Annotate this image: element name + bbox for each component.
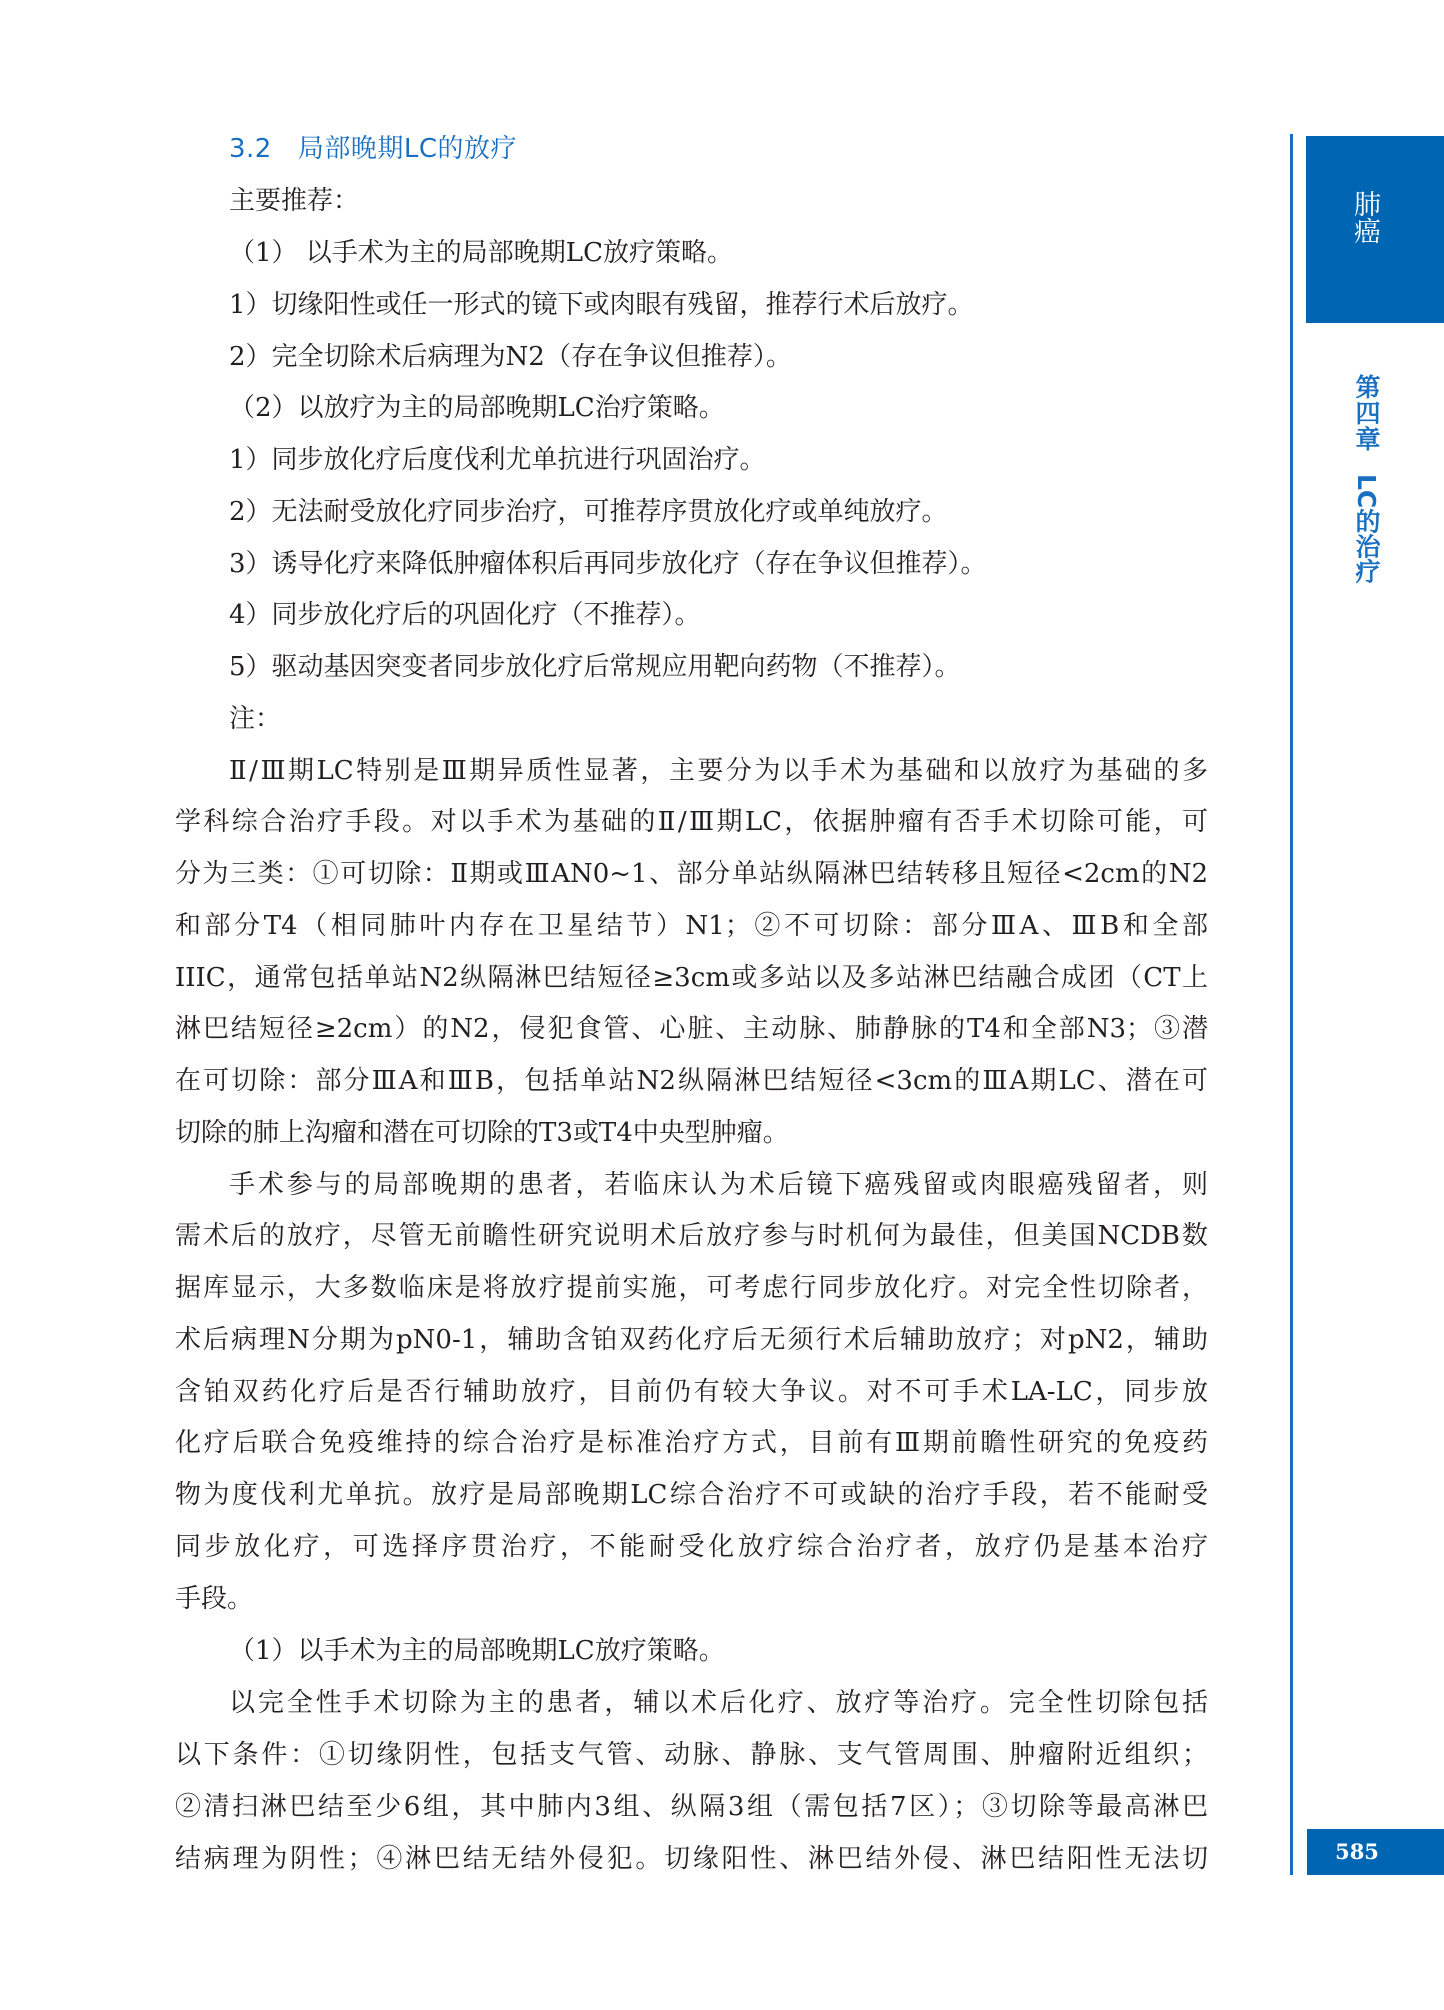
chapter-number: 第四章 [1352,374,1381,452]
strategy-1-item: 2）完全切除术后病理为N2（存在争议但推荐）。 [229,339,792,375]
paragraph-2-line: 含铂双药化疗后是否行辅助放疗，目前仍有较大争议。对不可手术LA-LC，同步放 [175,1374,1208,1410]
sidebar-divider [1290,134,1293,1875]
recommendations-label: 主要推荐： [229,183,359,219]
paragraph-2-line: 手术参与的局部晚期的患者，若临床认为术后镜下癌残留或肉眼癌残留者，则 [229,1167,1208,1203]
subheading-strategy-1: （1）以手术为主的局部晚期LC放疗策略。 [229,1633,725,1669]
paragraph-1-line: 和部分T4（相同肺叶内存在卫星结节）N1；②不可切除：部分ⅢA、ⅢB和全部 [175,908,1208,944]
note-label: 注： [229,701,281,737]
paragraph-1-line: 分为三类：①可切除：Ⅱ期或ⅢAN0~1、部分单站纵隔淋巴结转移且短径<2cm的N… [175,856,1208,892]
strategy-1-heading: （1） 以手术为主的局部晚期LC放疗策略。 [229,235,733,271]
paragraph-2-line: 术后病理N分期为pN0-1，辅助含铂双药化疗后无须行术后辅助放疗；对pN2，辅助 [175,1322,1208,1358]
paragraph-2-line: 手段。 [175,1581,253,1617]
paragraph-3-line: 结病理为阴性；④淋巴结无结外侵犯。切缘阳性、淋巴结外侵、淋巴结阳性无法切 [175,1841,1208,1877]
strategy-1-item: 1）切缘阳性或任一形式的镜下或肉眼有残留，推荐行术后放疗。 [229,287,974,323]
paragraph-1-line: Ⅱ/Ⅲ期LC特别是Ⅲ期异质性显著，主要分为以手术为基础和以放疗为基础的多 [229,753,1208,789]
strategy-2-item: 1）同步放化疗后度伐利尤单抗进行巩固治疗。 [229,442,766,478]
section-heading: 3.2局部晚期LC的放疗 [229,131,517,167]
paragraph-1-line: 在可切除：部分ⅢA和ⅢB，包括单站N2纵隔淋巴结短径<3cm的ⅢA期LC、潜在可 [175,1063,1208,1099]
paragraph-2-line: 化疗后联合免疫维持的综合治疗是标准治疗方式，目前有Ⅲ期前瞻性研究的免疫药 [175,1425,1208,1461]
strategy-2-heading: （2）以放疗为主的局部晚期LC治疗策略。 [229,390,725,426]
paragraph-2-line: 需术后的放疗，尽管无前瞻性研究说明术后放疗参与时机何为最佳，但美国NCDB数 [175,1218,1208,1254]
paragraph-1-line: 学科综合治疗手段。对以手术为基础的Ⅱ/Ⅲ期LC，依据肿瘤有否手术切除可能，可 [175,804,1208,840]
strategy-2-item: 3）诱导化疗来降低肿瘤体积后再同步放化疗（存在争议但推荐）。 [229,546,987,582]
page-number: 585 [1307,1829,1407,1875]
paragraph-3-line: 以完全性手术切除为主的患者，辅以术后化疗、放疗等治疗。完全性切除包括 [229,1685,1208,1721]
paragraph-1-line: IIIC，通常包括单站N2纵隔淋巴结短径≥3cm或多站以及多站淋巴结融合成团（C… [175,960,1208,996]
paragraph-2-line: 物为度伐利尤单抗。放疗是局部晚期LC综合治疗不可或缺的治疗手段，若不能耐受 [175,1477,1208,1513]
paragraph-3-line: 以下条件：①切缘阴性，包括支气管、动脉、静脉、支气管周围、肿瘤附近组织； [175,1737,1208,1773]
paragraph-2-line: 据库显示，大多数临床是将放疗提前实施，可考虑行同步放化疗。对完全性切除者， [175,1270,1208,1306]
chapter-tab-label: 肺癌 [1349,190,1385,244]
paragraph-2-line: 同步放化疗，可选择序贯治疗，不能耐受化放疗综合治疗者，放疗仍是基本治疗 [175,1529,1208,1565]
chapter-title-latin: LC [1352,474,1381,508]
strategy-2-item: 5）驱动基因突变者同步放化疗后常规应用靶向药物（不推荐）。 [229,649,961,685]
strategy-2-item: 4）同步放化疗后的巩固化疗（不推荐）。 [229,597,701,633]
strategy-2-item: 2）无法耐受放化疗同步治疗，可推荐序贯放化疗或单纯放疗。 [229,494,948,530]
section-title: 局部晚期LC的放疗 [298,134,517,164]
paragraph-1-line: 切除的肺上沟瘤和潜在可切除的T3或T4中央型肿瘤。 [175,1115,789,1151]
chapter-title-vertical: 第四章LC的治疗 [1351,374,1381,583]
section-number: 3.2 [229,131,272,167]
book-page: 3.2局部晚期LC的放疗 主要推荐： （1） 以手术为主的局部晚期LC放疗策略。… [0,0,1444,2010]
chapter-title-rest: 的治疗 [1352,508,1381,583]
paragraph-1-line: 淋巴结短径≥2cm）的N2，侵犯食管、心脏、主动脉、肺静脉的T4和全部N3；③潜 [175,1011,1208,1047]
paragraph-3-line: ②清扫淋巴结至少6组，其中肺内3组、纵隔3组（需包括7区）；③切除等最高淋巴 [175,1789,1208,1825]
